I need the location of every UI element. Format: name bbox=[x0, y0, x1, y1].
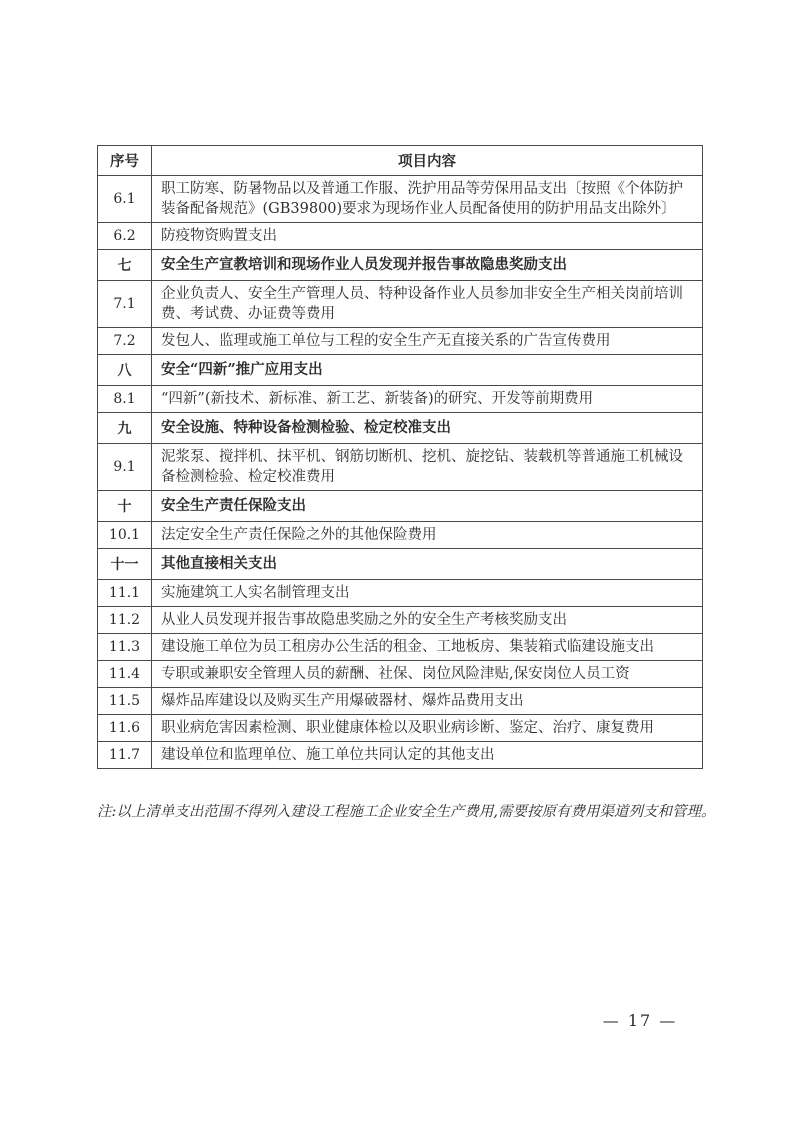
row-serial-number: 八 bbox=[98, 355, 152, 386]
row-serial-number: 6.2 bbox=[98, 223, 152, 250]
row-item-content: 其他直接相关支出 bbox=[152, 549, 703, 580]
row-serial-number: 7.2 bbox=[98, 328, 152, 355]
row-serial-number: 6.1 bbox=[98, 176, 152, 223]
row-serial-number: 11.7 bbox=[98, 742, 152, 769]
row-serial-number: 11.5 bbox=[98, 688, 152, 715]
header-cell-item-content: 项目内容 bbox=[152, 146, 703, 176]
table-row: 11.2 从业人员发现并报告事故隐患奖励之外的安全生产考核奖励支出 bbox=[98, 607, 703, 634]
row-item-content: 发包人、监理或施工单位与工程的安全生产无直接关系的广告宣传费用 bbox=[152, 328, 703, 355]
row-serial-number: 11.2 bbox=[98, 607, 152, 634]
row-serial-number: 10.1 bbox=[98, 522, 152, 549]
row-item-content: 职业病危害因素检测、职业健康体检以及职业病诊断、鉴定、治疗、康复费用 bbox=[152, 715, 703, 742]
row-serial-number: 11.1 bbox=[98, 580, 152, 607]
table-row: 6.2 防疫物资购置支出 bbox=[98, 223, 703, 250]
row-serial-number: 11.4 bbox=[98, 661, 152, 688]
table-row: 11.3 建设施工单位为员工租房办公生活的租金、工地板房、集装箱式临建设施支出 bbox=[98, 634, 703, 661]
row-item-content: 职工防寒、防暑物品以及普通工作服、洗护用品等劳保用品支出〔按照《个体防护装备配备… bbox=[152, 176, 703, 223]
header-cell-serial-number: 序号 bbox=[98, 146, 152, 176]
row-serial-number: 七 bbox=[98, 250, 152, 281]
row-item-content: 企业负责人、安全生产管理人员、特种设备作业人员参加非安全生产相关岗前培训费、考试… bbox=[152, 281, 703, 328]
footnote: 注:以上清单支出范围不得列入建设工程施工企业安全生产费用,需要按原有费用渠道列支… bbox=[97, 799, 717, 826]
table-row: 11.5 爆炸品库建设以及购买生产用爆破器材、爆炸品费用支出 bbox=[98, 688, 703, 715]
row-serial-number: 九 bbox=[98, 413, 152, 444]
table-row: 9.1 泥浆泵、搅拌机、抹平机、钢筋切断机、挖机、旋挖钻、装载机等普通施工机械设… bbox=[98, 444, 703, 491]
table-row: 10.1 法定安全生产责任保险之外的其他保险费用 bbox=[98, 522, 703, 549]
row-serial-number: 11.3 bbox=[98, 634, 152, 661]
row-item-content: 爆炸品库建设以及购买生产用爆破器材、爆炸品费用支出 bbox=[152, 688, 703, 715]
table-row: 九 安全设施、特种设备检测检验、检定校准支出 bbox=[98, 413, 703, 444]
row-serial-number: 十 bbox=[98, 491, 152, 522]
row-serial-number: 11.6 bbox=[98, 715, 152, 742]
row-serial-number: 9.1 bbox=[98, 444, 152, 491]
table-row: 11.7 建设单位和监理单位、施工单位共同认定的其他支出 bbox=[98, 742, 703, 769]
page-number: — 17 — bbox=[585, 1011, 695, 1030]
row-item-content: 建设施工单位为员工租房办公生活的租金、工地板房、集装箱式临建设施支出 bbox=[152, 634, 703, 661]
table-row: 7.1 企业负责人、安全生产管理人员、特种设备作业人员参加非安全生产相关岗前培训… bbox=[98, 281, 703, 328]
expense-items-table: 序号 项目内容 6.1 职工防寒、防暑物品以及普通工作服、洗护用品等劳保用品支出… bbox=[97, 145, 703, 769]
table-row: 七 安全生产宣教培训和现场作业人员发现并报告事故隐患奖励支出 bbox=[98, 250, 703, 281]
row-serial-number: 7.1 bbox=[98, 281, 152, 328]
row-item-content: 法定安全生产责任保险之外的其他保险费用 bbox=[152, 522, 703, 549]
row-item-content: 安全“四新”推广应用支出 bbox=[152, 355, 703, 386]
row-item-content: 专职或兼职安全管理人员的薪酬、社保、岗位风险津贴,保安岗位人员工资 bbox=[152, 661, 703, 688]
row-serial-number: 十一 bbox=[98, 549, 152, 580]
document-page: 序号 项目内容 6.1 职工防寒、防暑物品以及普通工作服、洗护用品等劳保用品支出… bbox=[0, 0, 800, 1132]
row-item-content: 防疫物资购置支出 bbox=[152, 223, 703, 250]
table-row: 八 安全“四新”推广应用支出 bbox=[98, 355, 703, 386]
table-row: 6.1 职工防寒、防暑物品以及普通工作服、洗护用品等劳保用品支出〔按照《个体防护… bbox=[98, 176, 703, 223]
table-row: 11.4 专职或兼职安全管理人员的薪酬、社保、岗位风险津贴,保安岗位人员工资 bbox=[98, 661, 703, 688]
row-item-content: 安全生产宣教培训和现场作业人员发现并报告事故隐患奖励支出 bbox=[152, 250, 703, 281]
table-row: 7.2 发包人、监理或施工单位与工程的安全生产无直接关系的广告宣传费用 bbox=[98, 328, 703, 355]
table-body: 6.1 职工防寒、防暑物品以及普通工作服、洗护用品等劳保用品支出〔按照《个体防护… bbox=[98, 176, 703, 769]
row-item-content: “四新”(新技术、新标准、新工艺、新装备)的研究、开发等前期费用 bbox=[152, 386, 703, 413]
table-row: 11.1 实施建筑工人实名制管理支出 bbox=[98, 580, 703, 607]
row-serial-number: 8.1 bbox=[98, 386, 152, 413]
row-item-content: 安全设施、特种设备检测检验、检定校准支出 bbox=[152, 413, 703, 444]
table-row: 8.1 “四新”(新技术、新标准、新工艺、新装备)的研究、开发等前期费用 bbox=[98, 386, 703, 413]
table-row: 11.6 职业病危害因素检测、职业健康体检以及职业病诊断、鉴定、治疗、康复费用 bbox=[98, 715, 703, 742]
table-row: 十 安全生产责任保险支出 bbox=[98, 491, 703, 522]
row-item-content: 实施建筑工人实名制管理支出 bbox=[152, 580, 703, 607]
row-item-content: 从业人员发现并报告事故隐患奖励之外的安全生产考核奖励支出 bbox=[152, 607, 703, 634]
row-item-content: 泥浆泵、搅拌机、抹平机、钢筋切断机、挖机、旋挖钻、装载机等普通施工机械设备检测检… bbox=[152, 444, 703, 491]
row-item-content: 安全生产责任保险支出 bbox=[152, 491, 703, 522]
row-item-content: 建设单位和监理单位、施工单位共同认定的其他支出 bbox=[152, 742, 703, 769]
table-header-row: 序号 项目内容 bbox=[98, 146, 703, 176]
table-row: 十一 其他直接相关支出 bbox=[98, 549, 703, 580]
